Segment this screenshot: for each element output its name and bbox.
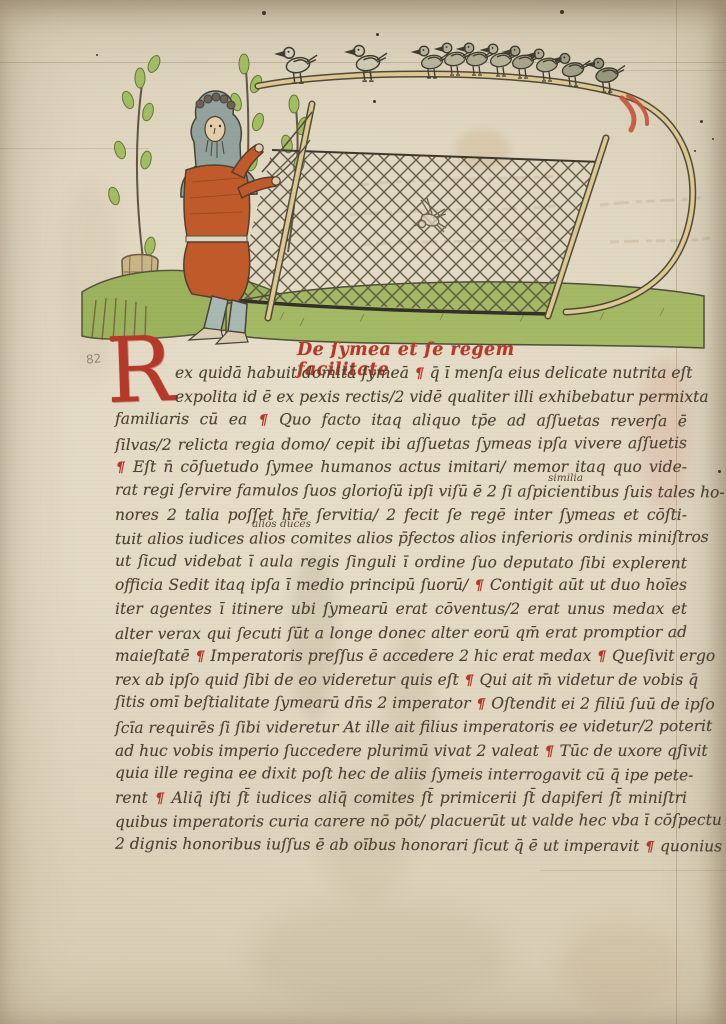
red-paraph-mark: ¶ xyxy=(464,673,475,689)
manuscript-line: ſcīa requirēs ſi ſibi videretur At ille … xyxy=(115,715,687,741)
manuscript-page: 82 De ſymea et ſe regem facilitate R ex … xyxy=(0,0,726,1024)
red-paraph-mark: ¶ xyxy=(475,697,486,713)
interlinear-note: similia xyxy=(548,472,583,484)
manuscript-line: maieſtatē ¶ Imperatoris preſſus ē accede… xyxy=(115,645,687,669)
manuscript-line: 2 dignis honoribus iuſſus ē ab oībus hon… xyxy=(115,833,687,859)
red-paraph-mark: ¶ xyxy=(115,460,126,476)
red-paraph-mark: ¶ xyxy=(644,839,655,855)
manuscript-line: rex ab ipſo quid ſibi de eo videretur qu… xyxy=(115,669,687,693)
red-paraph-mark: ¶ xyxy=(258,413,269,429)
text-layer: 82 De ſymea et ſe regem facilitate R ex … xyxy=(0,0,726,1024)
body-text: ex quidā habuit domitā ſymeā ¶ q̄ ī menſ… xyxy=(115,362,687,857)
red-paraph-mark: ¶ xyxy=(414,366,425,382)
manuscript-line: iter agentes ī itinere ubi ſymearū erat … xyxy=(115,598,687,622)
manuscript-line: quia ille regina ee dixit poſt hec de al… xyxy=(115,762,687,788)
manuscript-line: ad huc vobis imperio ſuccedere plurimū v… xyxy=(115,740,687,764)
manuscript-line: ut ſicud videbat ī aula regis ſinguli ī … xyxy=(115,550,687,576)
red-paraph-mark: ¶ xyxy=(544,744,555,760)
manuscript-line: expolita id ē ex pexis rectis/2 vidē qua… xyxy=(175,386,687,410)
folio-number: 82 xyxy=(85,351,102,367)
manuscript-line: officia Sedit itaq ipſa ī medio principū… xyxy=(115,574,687,598)
interlinear-note: alios duces xyxy=(252,518,311,530)
red-paraph-mark: ¶ xyxy=(474,578,485,594)
red-paraph-mark: ¶ xyxy=(596,649,607,665)
manuscript-line: tuit alios iudices alios comites alios p… xyxy=(115,526,687,552)
manuscript-line: familiaris cū ea ¶ Quo facto itaq aliquo… xyxy=(115,408,687,434)
manuscript-line: ex quidā habuit domitā ſymeā ¶ q̄ ī menſ… xyxy=(175,362,687,386)
manuscript-line: rat regi ſervire famulos ſuos glorioſū i… xyxy=(115,479,687,505)
red-paraph-mark: ¶ xyxy=(154,791,165,807)
manuscript-line: ¶ Eſt n̄ cōſuetudo ſymee humanos actus i… xyxy=(115,456,687,480)
manuscript-line: nores 2 talia poſſet hr̄e ſervitia/ 2 fe… xyxy=(115,504,687,528)
red-paraph-mark: ¶ xyxy=(195,649,206,665)
manuscript-line: ſilvas/2 relicta regia domo/ cepit ibi a… xyxy=(115,432,687,458)
manuscript-line: ſitis omī beſtialitate ſymearū dn̄s 2 im… xyxy=(115,691,687,717)
manuscript-line: rent ¶ Aliq̄ iſti ſt̄ iudices aliq̄ comi… xyxy=(115,787,687,811)
manuscript-line: alter verax qui ſecuti ſūt a longe donec… xyxy=(115,621,687,647)
manuscript-line: quibus imperatoris curia carere nō pōt/ … xyxy=(115,809,687,835)
